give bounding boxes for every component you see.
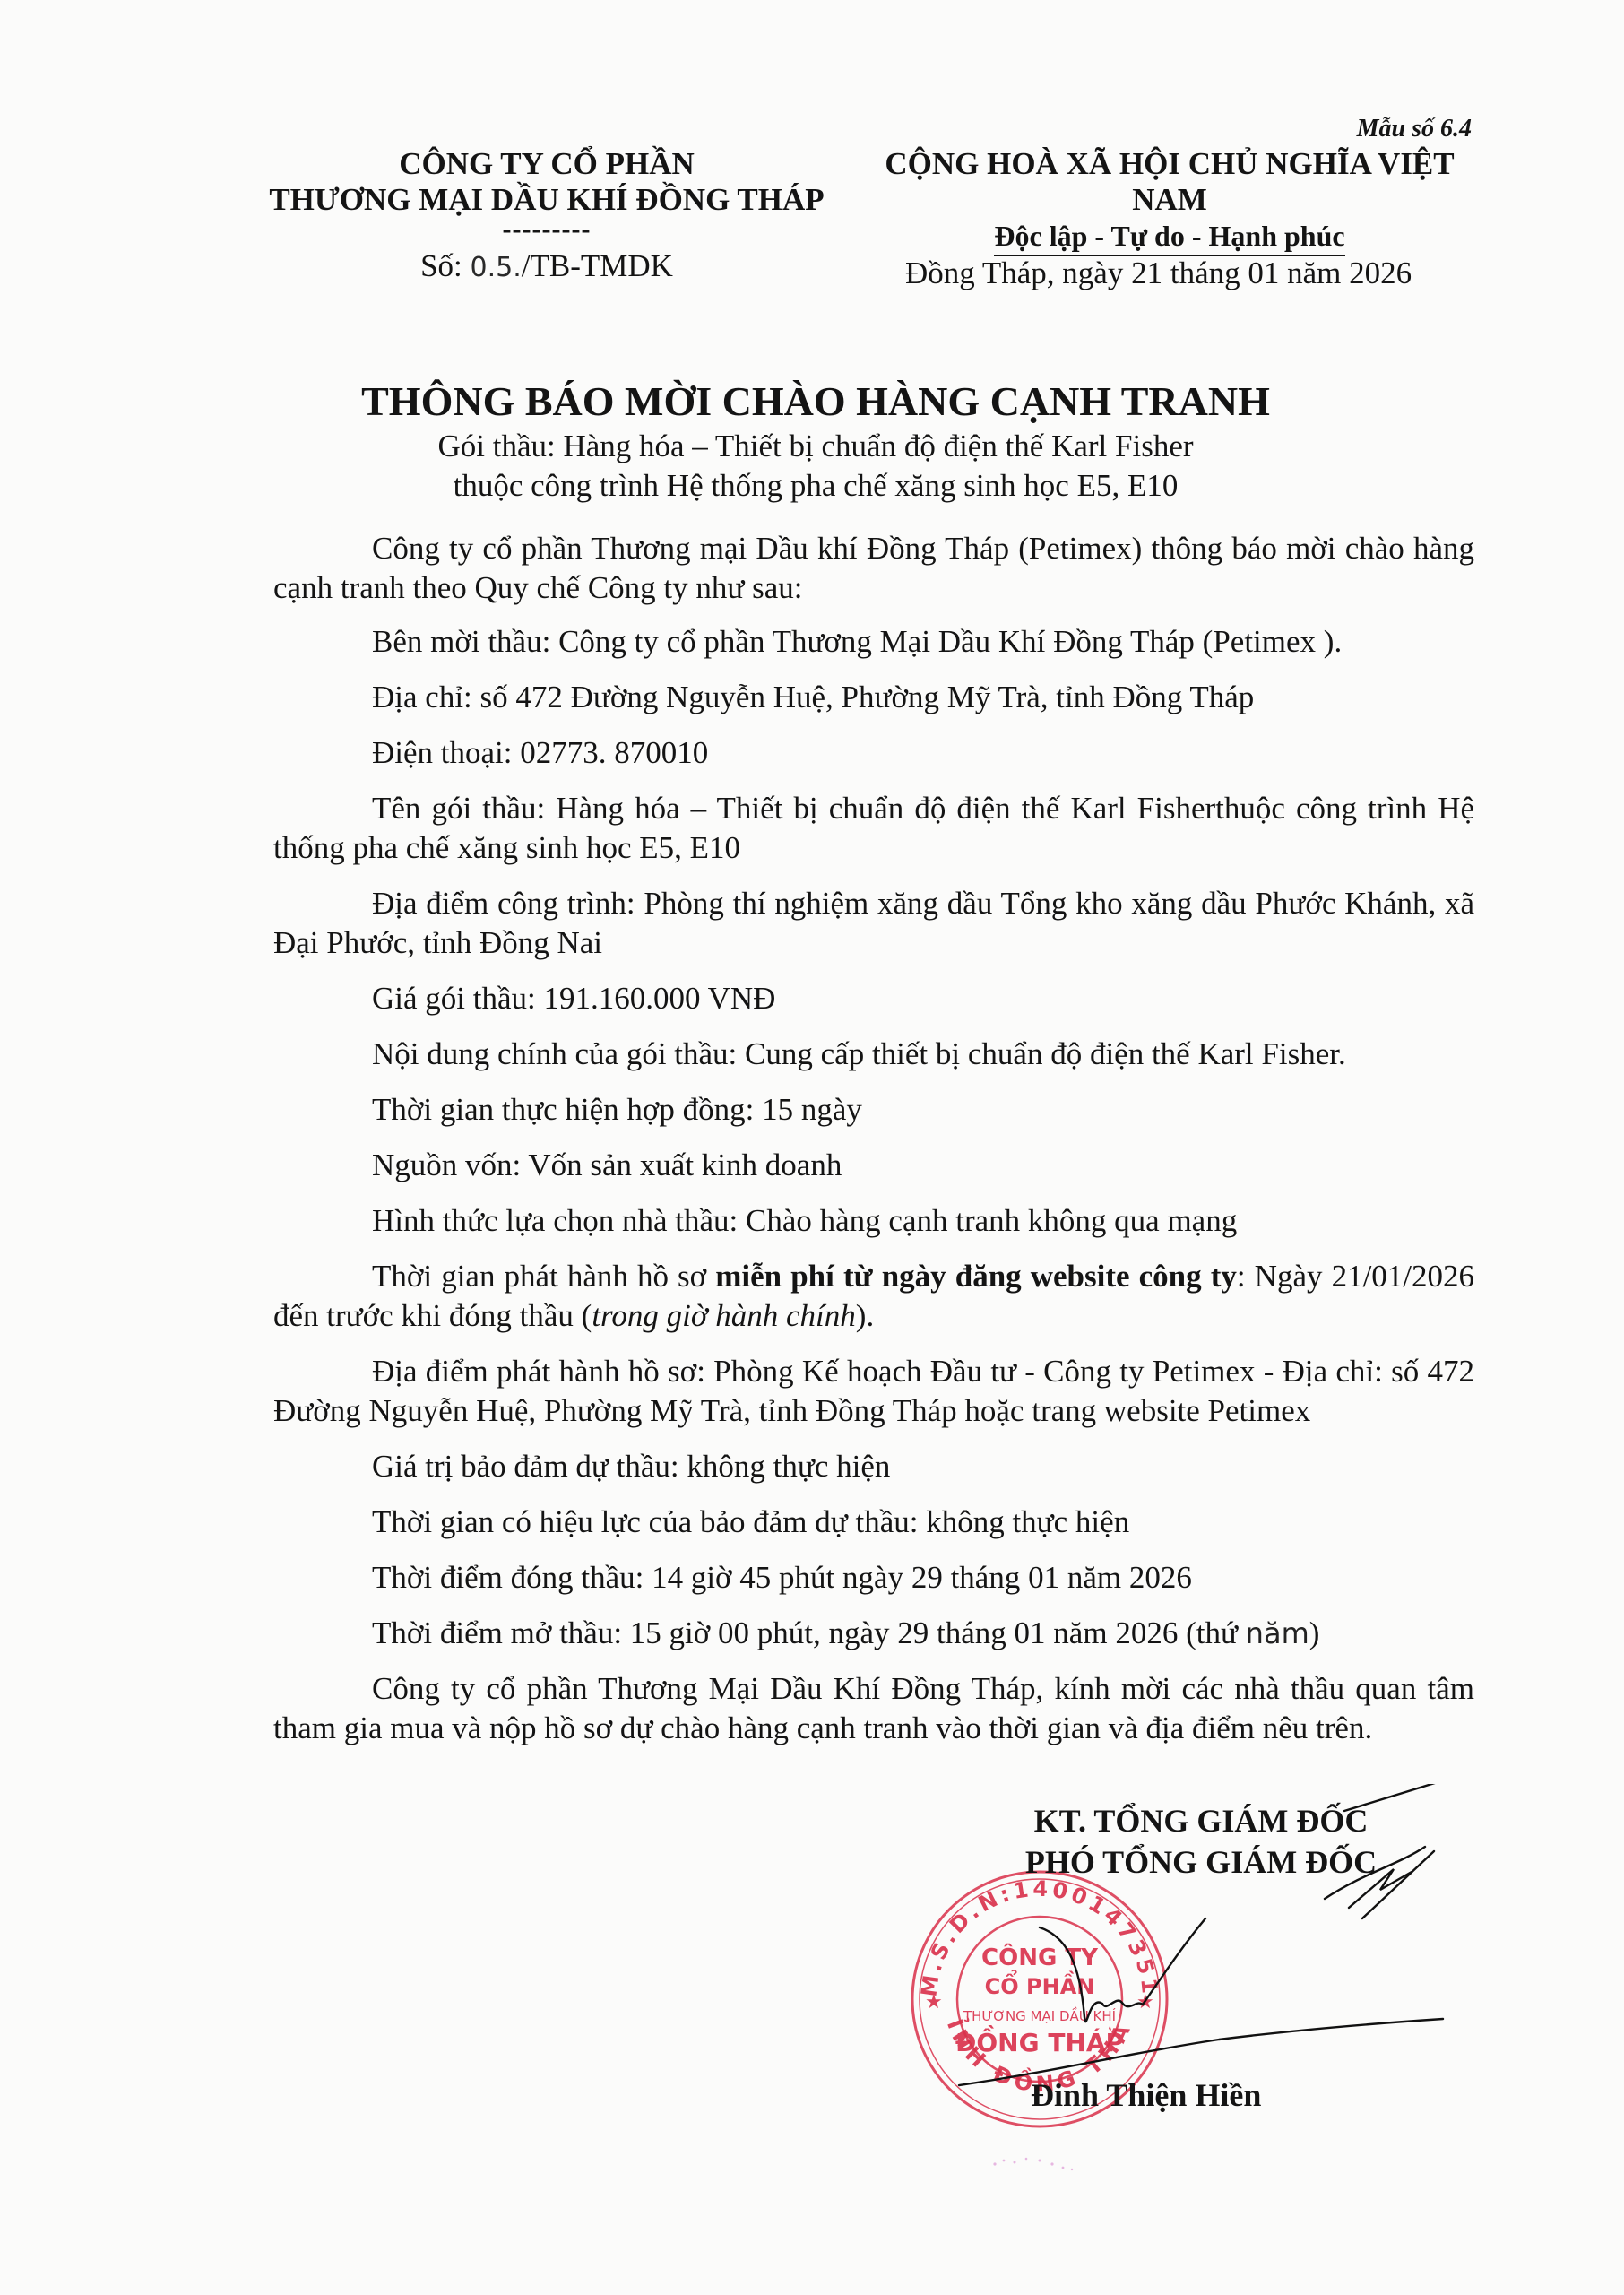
closing-time: Thời điểm đóng thầu: 14 giờ 45 phút ngày… [273, 1558, 1474, 1598]
title-block: THÔNG BÁO MỜI CHÀO HÀNG CẠNH TRANH Gói t… [269, 377, 1362, 506]
opening-time-prefix: Thời điểm mở thầu: 15 giờ 00 phút, ngày … [372, 1615, 1246, 1650]
title-sub-1: Gói thầu: Hàng hóa – Thiết bị chuẩn độ đ… [269, 427, 1362, 466]
nation-header: CỘNG HOÀ XÃ HỘI CHỦ NGHĨA VIỆT NAM Độc l… [856, 146, 1483, 256]
document-number: Số: 0.5./TB-TMDK [260, 248, 834, 284]
issue-place: Địa điểm phát hành hồ sơ: Phòng Kế hoạch… [273, 1352, 1474, 1431]
funding-source: Nguồn vốn: Vốn sản xuất kinh doanh [273, 1146, 1474, 1185]
opening-time: Thời điểm mở thầu: 15 giờ 00 phút, ngày … [273, 1614, 1474, 1653]
issue-time-end: ). [856, 1298, 874, 1333]
doc-number-handwritten: 0.5. [471, 252, 522, 283]
package-content: Nội dung chính của gói thầu: Cung cấp th… [273, 1035, 1474, 1074]
inviter: Bên mời thầu: Công ty cổ phần Thương Mại… [273, 622, 1474, 662]
issue-time: Thời gian phát hành hồ sơ miễn phí từ ng… [273, 1257, 1474, 1336]
faint-stamp-residue [977, 2152, 1084, 2178]
nation-title: CỘNG HOÀ XÃ HỘI CHỦ NGHĨA VIỆT NAM [856, 146, 1483, 218]
company-line-1: CÔNG TY CỔ PHẦN [260, 146, 834, 182]
national-motto: Độc lập - Tự do - Hạnh phúc [994, 220, 1344, 256]
bid-security-validity: Thời gian có hiệu lực của bảo đảm dự thầ… [273, 1503, 1474, 1542]
doc-number-suffix: /TB-TMDK [522, 248, 673, 283]
separator: --------- [260, 218, 834, 241]
issue-time-bold: miễn phí từ ngày đăng website công ty [715, 1259, 1237, 1294]
company-header: CÔNG TY CỔ PHẦN THƯƠNG MẠI DẦU KHÍ ĐỒNG … [260, 146, 834, 284]
doc-number-prefix: Số: [420, 248, 470, 283]
closing-paragraph: Công ty cổ phần Thương Mại Dầu Khí Đồng … [273, 1669, 1474, 1748]
project-site: Địa điểm công trình: Phòng thí nghiệm xă… [273, 884, 1474, 963]
package-price: Giá gói thầu: 191.160.000 VNĐ [273, 979, 1474, 1018]
document-title: THÔNG BÁO MỜI CHÀO HÀNG CẠNH TRANH [269, 377, 1362, 427]
signer-name: Đinh Thiện Hiền [1031, 2076, 1261, 2114]
address: Địa chỉ: số 472 Đường Nguyễn Huệ, Phường… [273, 678, 1474, 717]
package-name: Tên gói thầu: Hàng hóa – Thiết bị chuẩn … [273, 789, 1474, 868]
bid-security: Giá trị bảo đảm dự thầu: không thực hiện [273, 1447, 1474, 1486]
place-date: Đồng Tháp, ngày 21 tháng 01 năm 2026 [905, 255, 1412, 291]
issue-time-prefix: Thời gian phát hành hồ sơ [372, 1259, 715, 1294]
company-line-2: THƯƠNG MẠI DẦU KHÍ ĐỒNG THÁP [260, 182, 834, 218]
phone: Điện thoại: 02773. 870010 [273, 733, 1474, 773]
title-sub-2: thuộc công trình Hệ thống pha chế xăng s… [269, 466, 1362, 506]
intro-paragraph: Công ty cổ phần Thương mại Dầu khí Đồng … [273, 529, 1474, 608]
opening-time-suffix: ) [1309, 1615, 1320, 1650]
selection-method: Hình thức lựa chọn nhà thầu: Chào hàng c… [273, 1201, 1474, 1241]
document-body: Công ty cổ phần Thương mại Dầu khí Đồng … [273, 529, 1474, 1757]
issue-time-italic: trong giờ hành chính [592, 1298, 855, 1333]
handwritten-signature [896, 1784, 1559, 2098]
contract-duration: Thời gian thực hiện hợp đồng: 15 ngày [273, 1090, 1474, 1130]
form-number: Mẫu số 6.4 [1357, 115, 1472, 143]
opening-time-handwritten: năm [1246, 1616, 1309, 1650]
